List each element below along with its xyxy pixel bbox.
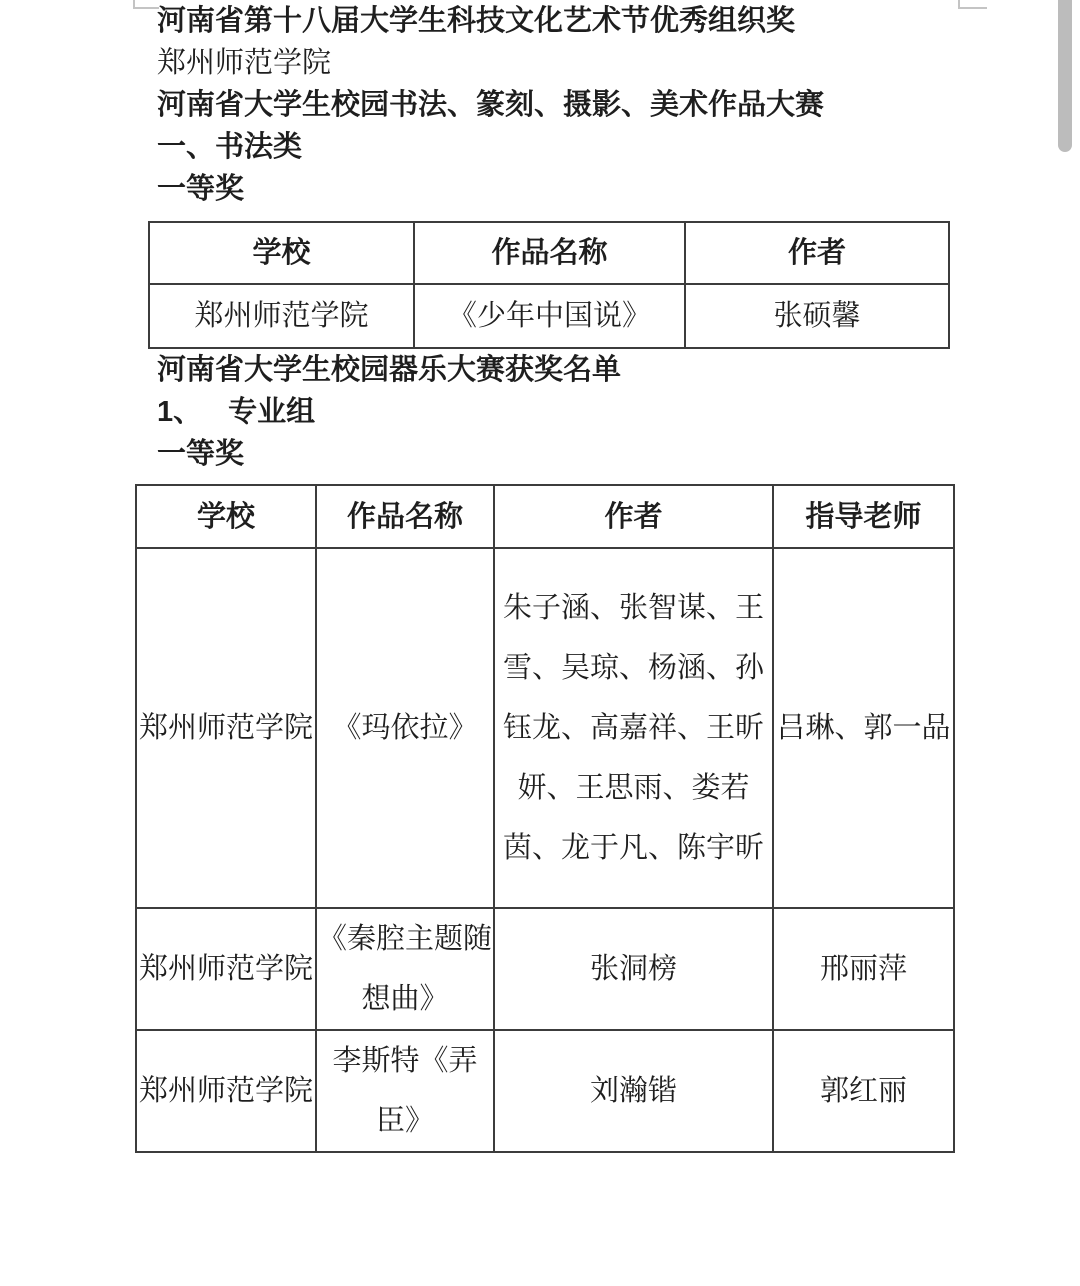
document-page: 河南省第十八届大学生科技文化艺术节优秀组织奖 郑州师范学院 河南省大学生校园书法… bbox=[0, 0, 1080, 1286]
table-row: 郑州师范学院 《少年中国说》 张硕馨 bbox=[149, 284, 949, 348]
document-content: 河南省第十八届大学生科技文化艺术节优秀组织奖 郑州师范学院 河南省大学生校园书法… bbox=[0, 0, 1080, 1153]
scrollbar-thumb[interactable] bbox=[1058, 0, 1072, 152]
table1-header-school: 学校 bbox=[149, 222, 414, 284]
table1-cell-work: 《少年中国说》 bbox=[414, 284, 685, 348]
table2-cell-work: 《秦腔主题随想曲》 bbox=[316, 908, 494, 1030]
cutoff-ui-fragment-left bbox=[133, 0, 159, 9]
table2-cell-advisor: 邢丽萍 bbox=[773, 908, 954, 1030]
section2-award-level: 一等奖 bbox=[157, 433, 1080, 475]
section1-title: 河南省大学生校园书法、篆刻、摄影、美术作品大赛 bbox=[157, 84, 1080, 126]
section1-award-level: 一等奖 bbox=[157, 168, 1080, 210]
table2-cell-authors: 朱子涵、张智谋、王雪、吴琼、杨涵、孙钰龙、高嘉祥、王昕妍、王思雨、娄若茵、龙于凡… bbox=[494, 548, 773, 908]
table-header-row: 学校 作品名称 作者 bbox=[149, 222, 949, 284]
calligraphy-award-table: 学校 作品名称 作者 郑州师范学院 《少年中国说》 张硕馨 bbox=[148, 221, 950, 349]
group-number: 1、 bbox=[157, 396, 202, 428]
cutoff-ui-fragment-right bbox=[958, 0, 987, 9]
table2-cell-work: 李斯特《弄臣》 bbox=[316, 1030, 494, 1152]
table-header-row: 学校 作品名称 作者 指导老师 bbox=[136, 485, 954, 548]
section1-category: 一、书法类 bbox=[157, 126, 1080, 168]
table2-cell-author: 刘瀚锴 bbox=[494, 1030, 773, 1152]
table1-header-author: 作者 bbox=[685, 222, 949, 284]
table-row: 郑州师范学院 《秦腔主题随想曲》 张洞榜 邢丽萍 bbox=[136, 908, 954, 1030]
table2-header-author: 作者 bbox=[494, 485, 773, 548]
table2-cell-advisors: 吕琳、郭一品 bbox=[773, 548, 954, 908]
school-name: 郑州师范学院 bbox=[157, 42, 1080, 84]
table1-header-work: 作品名称 bbox=[414, 222, 685, 284]
instrumental-award-table: 学校 作品名称 作者 指导老师 郑州师范学院 《玛依拉》 朱子涵、张智谋、王雪、… bbox=[135, 484, 955, 1153]
table2-cell-author: 张洞榜 bbox=[494, 908, 773, 1030]
table-row: 郑州师范学院 《玛依拉》 朱子涵、张智谋、王雪、吴琼、杨涵、孙钰龙、高嘉祥、王昕… bbox=[136, 548, 954, 908]
table2-header-school: 学校 bbox=[136, 485, 316, 548]
table-row: 郑州师范学院 李斯特《弄臣》 刘瀚锴 郭红丽 bbox=[136, 1030, 954, 1152]
table2-cell-school: 郑州师范学院 bbox=[136, 548, 316, 908]
table1-cell-school: 郑州师范学院 bbox=[149, 284, 414, 348]
table2-cell-advisor: 郭红丽 bbox=[773, 1030, 954, 1152]
table2-cell-school: 郑州师范学院 bbox=[136, 908, 316, 1030]
table2-cell-work: 《玛依拉》 bbox=[316, 548, 494, 908]
section2-title: 河南省大学生校园器乐大赛获奖名单 bbox=[157, 349, 1080, 391]
table2-header-work: 作品名称 bbox=[316, 485, 494, 548]
group-name: 专业组 bbox=[228, 396, 315, 428]
table1-cell-author: 张硕馨 bbox=[685, 284, 949, 348]
table2-cell-school: 郑州师范学院 bbox=[136, 1030, 316, 1152]
table2-header-advisor: 指导老师 bbox=[773, 485, 954, 548]
section2-group-heading: 1、专业组 bbox=[157, 391, 1080, 433]
organization-award-title: 河南省第十八届大学生科技文化艺术节优秀组织奖 bbox=[157, 0, 1080, 42]
